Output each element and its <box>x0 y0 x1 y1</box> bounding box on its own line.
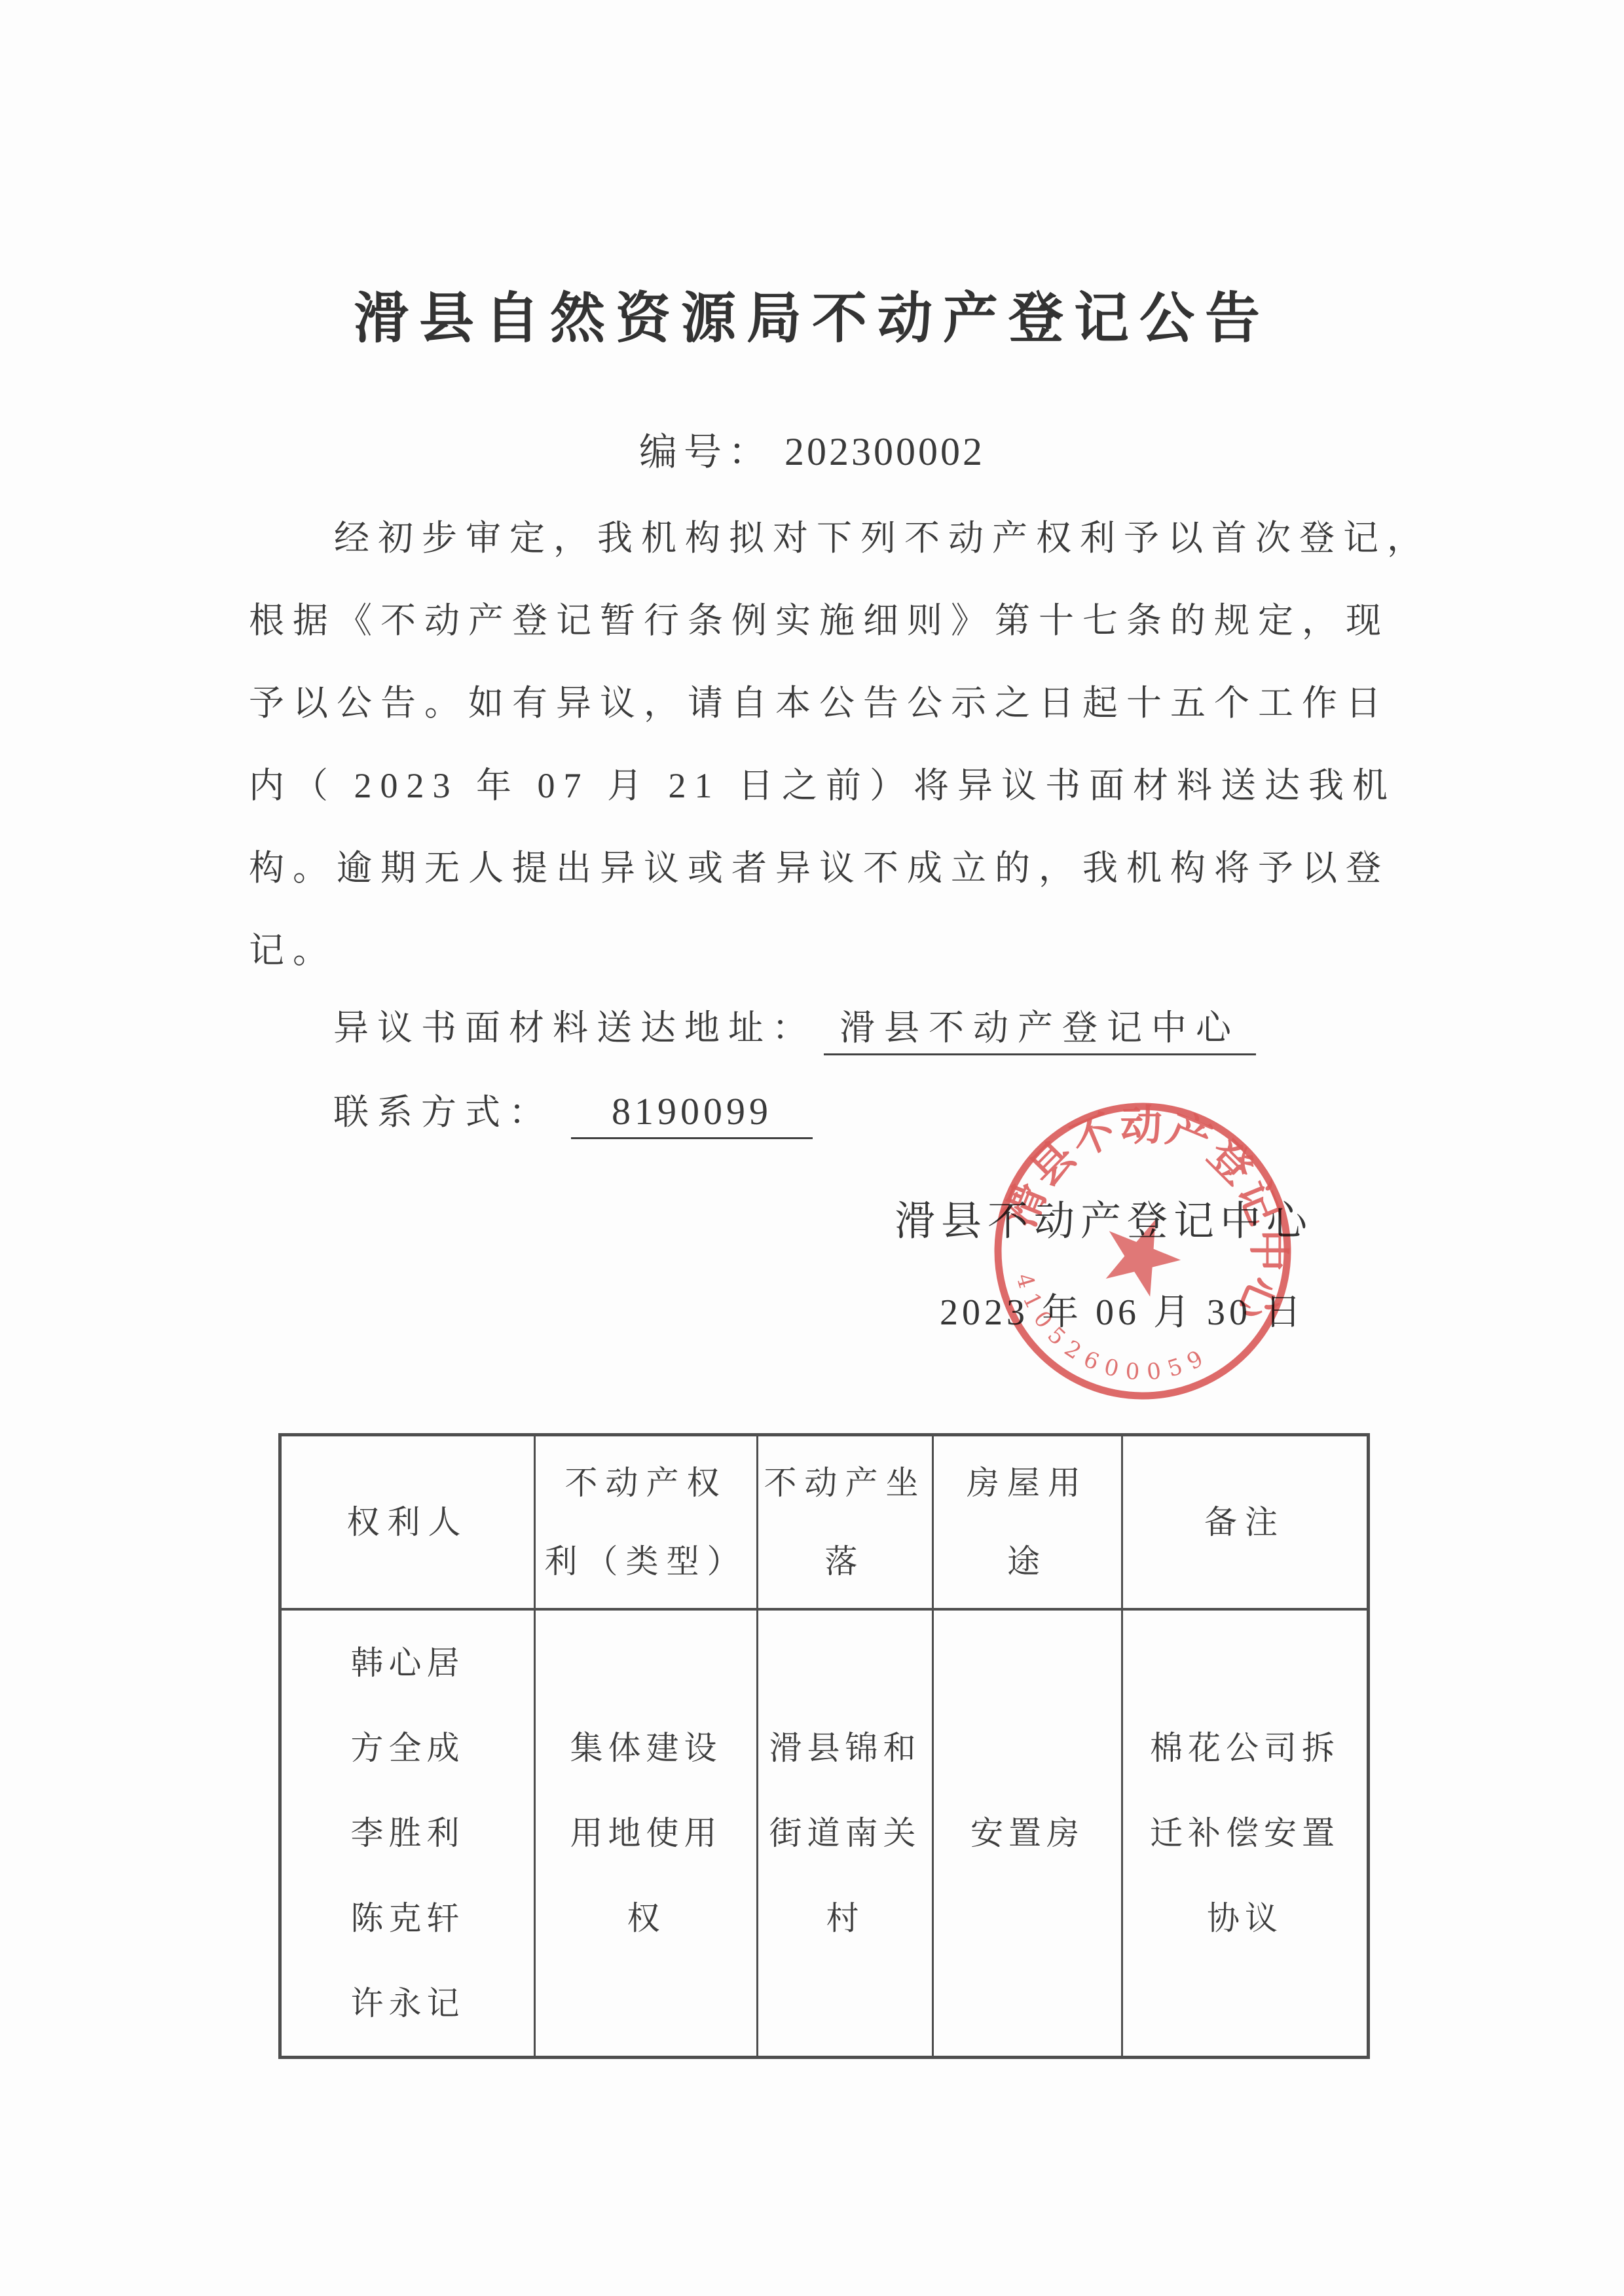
body-line: 予以公告。如有异议，请自本公告公示之日起十五个工作日 <box>249 662 1434 744</box>
owner-name: 方全成 <box>351 1705 465 1791</box>
registration-table: 权利人 不动产权利（类型） 不动产坐落 房屋用途 备注 韩心居方全成李胜利陈克轩… <box>278 1433 1370 2059</box>
body-line: 内（ 2023 年 07 月 21 日之前）将异议书面材料送达我机 <box>249 744 1434 827</box>
doc-number: 编号：202300002 <box>0 426 1624 479</box>
star-icon <box>1092 1205 1191 1302</box>
table-cell-location: 滑县锦和街道南关村 <box>758 1611 934 2056</box>
owner-name: 许永记 <box>351 1961 465 2046</box>
cell-line: 滑县锦和 <box>769 1705 921 1791</box>
body-line: 构。逾期无人提出异议或者异议不成立的，我机构将予以登 <box>249 827 1434 909</box>
body-line: 经初步审定，我机构拟对下列不动产权利予以首次登记， <box>249 497 1434 579</box>
cell-line: 村 <box>826 1876 864 1961</box>
header-line: 权利人 <box>347 1483 469 1561</box>
cell-line: 迁补偿安置 <box>1150 1791 1340 1876</box>
doc-number-label: 编号： <box>639 431 773 473</box>
cell-line: 棉花公司拆 <box>1150 1705 1340 1791</box>
body-line: 根据《不动产登记暂行条例实施细则》第十七条的规定，现 <box>249 579 1434 662</box>
announcement-body: 经初步审定，我机构拟对下列不动产权利予以首次登记，根据《不动产登记暂行条例实施细… <box>249 497 1434 992</box>
header-line: 备注 <box>1204 1483 1285 1561</box>
table-header-house-use: 房屋用途 <box>934 1436 1123 1611</box>
cell-line: 街道南关 <box>769 1791 921 1876</box>
document-page: 滑县自然资源局不动产登记公告 编号：202300002 经初步审定，我机构拟对下… <box>0 0 1624 2296</box>
owner-name: 李胜利 <box>351 1791 465 1876</box>
header-line: 利（类型） <box>545 1522 748 1601</box>
contact-value: 8190099 <box>571 1086 813 1139</box>
owner-name: 韩心居 <box>351 1620 465 1705</box>
doc-number-value: 202300002 <box>784 430 985 473</box>
cell-line: 协议 <box>1207 1876 1283 1961</box>
official-seal: 滑县不动产登记中心 4105260005997 <box>991 1099 1295 1403</box>
address-line: 异议书面材料送达地址：滑县不动产登记中心 <box>333 1002 1256 1055</box>
contact-line: 联系方式：8190099 <box>333 1086 813 1139</box>
address-label: 异议书面材料送达地址： <box>333 1008 816 1048</box>
cell-line: 安置房 <box>970 1791 1084 1876</box>
table-header-location: 不动产坐落 <box>758 1436 934 1611</box>
page-title: 滑县自然资源局不动产登记公告 <box>0 288 1624 351</box>
contact-label: 联系方式： <box>333 1093 553 1132</box>
header-line: 不动产坐 <box>764 1444 927 1522</box>
cell-line: 权 <box>627 1876 665 1961</box>
header-line: 途 <box>1007 1522 1048 1601</box>
table-cell-house-use: 安置房 <box>934 1611 1123 2056</box>
cell-line: 用地使用 <box>570 1791 722 1876</box>
table-cell-owners: 韩心居方全成李胜利陈克轩许永记 <box>282 1611 536 2056</box>
table-header-owner: 权利人 <box>282 1436 536 1611</box>
body-line: 记。 <box>249 909 1434 992</box>
table-cell-right-type: 集体建设用地使用权 <box>536 1611 758 2056</box>
table-cell-remark: 棉花公司拆迁补偿安置协议 <box>1123 1611 1367 2056</box>
header-line: 房屋用 <box>967 1444 1088 1522</box>
owner-name: 陈克轩 <box>351 1876 465 1961</box>
table-header-right-type: 不动产权利（类型） <box>536 1436 758 1611</box>
header-line: 不动产权 <box>565 1444 728 1522</box>
table-header-remark: 备注 <box>1123 1436 1367 1611</box>
header-line: 落 <box>825 1522 866 1601</box>
address-value: 滑县不动产登记中心 <box>824 1002 1256 1055</box>
cell-line: 集体建设 <box>570 1705 722 1791</box>
